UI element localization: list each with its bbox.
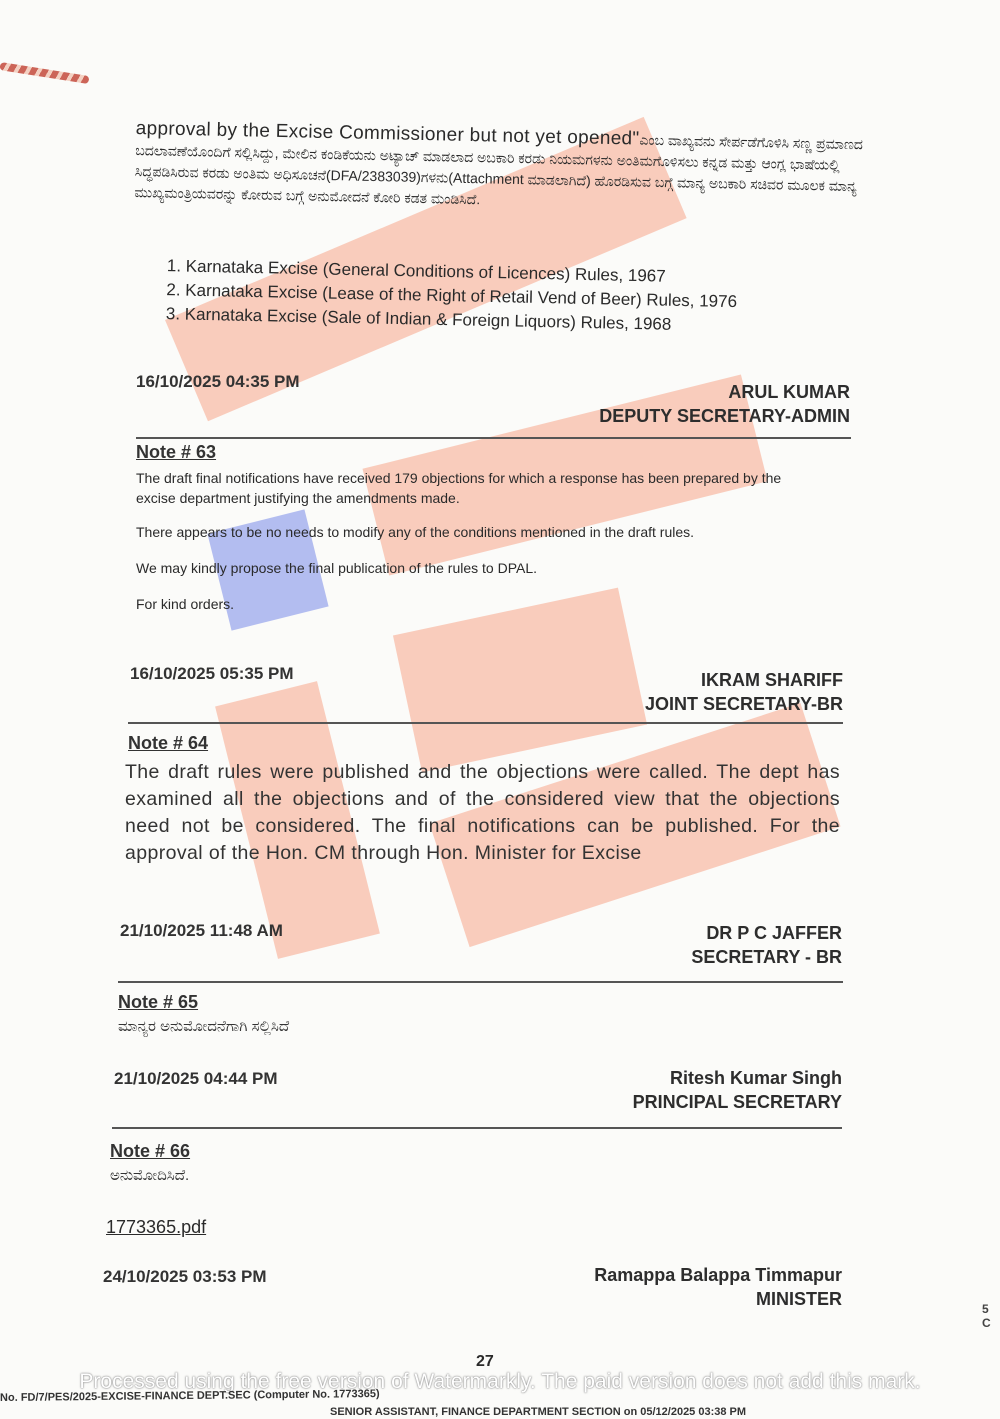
signatory-designation: DEPUTY SECRETARY-ADMIN — [599, 404, 850, 428]
signatory-name: DR P C JAFFER — [691, 921, 842, 945]
signatory-designation: PRINCIPAL SECRETARY — [633, 1090, 842, 1114]
note-paragraph: We may kindly propose the final publicat… — [136, 558, 816, 578]
signatory-block: Ritesh Kumar Singh PRINCIPAL SECRETARY — [633, 1066, 842, 1114]
file-number-footer: No. FD/7/PES/2025-EXCISE-FINANCE DEPT.SE… — [0, 1388, 380, 1404]
signatory-block: IKRAM SHARIFF JOINT SECRETARY-BR — [645, 668, 843, 716]
entry-timestamp: 16/10/2025 05:35 PM — [130, 664, 294, 684]
note-title: Note # 64 — [128, 733, 208, 754]
signatory-name: Ritesh Kumar Singh — [633, 1066, 842, 1090]
divider — [136, 437, 851, 439]
note-body: The draft final notifications have recei… — [136, 468, 816, 614]
signatory-designation: SECRETARY - BR — [691, 945, 842, 969]
note-paragraph: There appears to be no needs to modify a… — [136, 522, 816, 542]
redaction-stripe — [393, 588, 647, 773]
signatory-name: Ramappa Balappa Timmapur — [594, 1263, 842, 1287]
signatory-block: DR P C JAFFER SECRETARY - BR — [691, 921, 842, 969]
note-paragraph: For kind orders. — [136, 594, 816, 614]
note-body: The draft rules were published and the o… — [125, 759, 840, 867]
signatory-name: ARUL KUMAR — [599, 380, 850, 404]
note-body: ಮಾನ್ಯರ ಅನುಮೋದನೆಗಾಗಿ ಸಲ್ಲಿಸಿದೆ — [118, 1018, 289, 1035]
margin-mark: 5 C — [982, 1302, 1000, 1330]
file-binding-string — [0, 62, 90, 84]
divider — [118, 981, 843, 983]
divider — [112, 1127, 842, 1129]
intro-paragraph: approval by the Excise Commissioner but … — [134, 118, 866, 218]
signatory-block: Ramappa Balappa Timmapur MINISTER — [594, 1263, 842, 1311]
entry-timestamp: 21/10/2025 11:48 AM — [120, 921, 283, 941]
print-info-footer: SENIOR ASSISTANT, FINANCE DEPARTMENT SEC… — [330, 1406, 746, 1418]
rules-list: Karnataka Excise (General Conditions of … — [156, 255, 817, 341]
signatory-designation: MINISTER — [594, 1287, 842, 1311]
page-number: 27 — [476, 1353, 494, 1371]
divider — [128, 722, 843, 724]
signatory-name: IKRAM SHARIFF — [645, 668, 843, 692]
entry-timestamp: 16/10/2025 04:35 PM — [136, 372, 300, 392]
note-title: Note # 65 — [118, 992, 198, 1013]
note-paragraph: The draft final notifications have recei… — [136, 468, 816, 508]
note-title: Note # 63 — [136, 442, 216, 463]
entry-timestamp: 21/10/2025 04:44 PM — [114, 1069, 278, 1089]
note-title: Note # 66 — [110, 1141, 190, 1162]
note-body: ಅನುಮೋದಿಸಿದೆ. — [110, 1167, 189, 1184]
entry-timestamp: 24/10/2025 03:53 PM — [103, 1267, 267, 1287]
attachment-link[interactable]: 1773365.pdf — [106, 1217, 206, 1238]
signatory-designation: JOINT SECRETARY-BR — [645, 692, 843, 716]
signatory-block: ARUL KUMAR DEPUTY SECRETARY-ADMIN — [599, 380, 850, 428]
